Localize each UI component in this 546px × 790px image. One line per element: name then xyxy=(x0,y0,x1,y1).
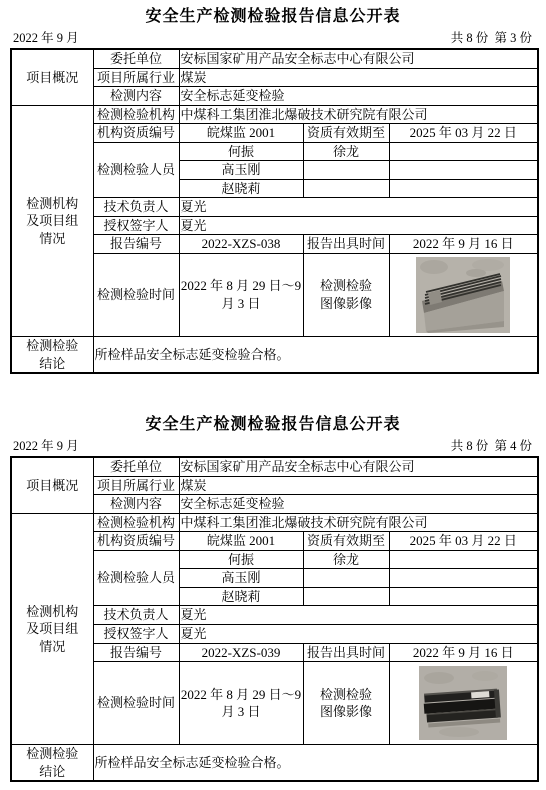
inspector-name: 赵晓莉 xyxy=(179,587,303,606)
photo-label: 检测检验 图像影像 xyxy=(303,662,389,745)
empty-cell xyxy=(389,161,538,180)
content-value: 安全标志延变检验 xyxy=(179,495,538,514)
conclusion-value: 所检样品安全标志延变检验合格。 xyxy=(93,337,538,374)
report-date-label: 报告出具时间 xyxy=(303,643,389,662)
client-label: 委托单位 xyxy=(93,49,179,68)
inspector-name: 赵晓莉 xyxy=(179,179,303,198)
test-time-value: 2022 年 8 月 29 日～9 月 3 日 xyxy=(179,254,303,337)
agency-value: 中煤科工集团淮北爆破技术研究院有限公司 xyxy=(179,513,538,532)
section-project-overview: 项目概况 xyxy=(11,457,93,513)
section-conclusion: 检测检验 结论 xyxy=(11,337,93,374)
specimen-photo-1 xyxy=(416,257,510,333)
test-time-label: 检测检验时间 xyxy=(93,662,179,745)
content-label: 检测内容 xyxy=(93,495,179,514)
inspectors-label: 检测检验人员 xyxy=(93,550,179,606)
section-project-overview: 项目概况 xyxy=(11,49,93,105)
content-label: 检测内容 xyxy=(93,87,179,106)
report-no-value: 2022-XZS-038 xyxy=(179,235,303,254)
valid-until-value: 2025 年 03 月 22 日 xyxy=(389,532,538,551)
agency-value: 中煤科工集团淮北爆破技术研究院有限公司 xyxy=(179,105,538,124)
industry-label: 项目所属行业 xyxy=(93,476,179,495)
photo-label: 检测检验 图像影像 xyxy=(303,254,389,337)
license-value: 皖煤监 2001 xyxy=(179,532,303,551)
tech-lead-label: 技术负责人 xyxy=(93,198,179,217)
valid-until-label: 资质有效期至 xyxy=(303,532,389,551)
inspector-name: 徐龙 xyxy=(303,550,389,569)
section-conclusion: 检测检验 结论 xyxy=(11,745,93,782)
conclusion-value: 所检样品安全标志延变检验合格。 xyxy=(93,745,538,782)
content-value: 安全标志延变检验 xyxy=(179,87,538,106)
tech-lead-label: 技术负责人 xyxy=(93,606,179,625)
meta-row: 2022 年 9 月 共 8 份 第 4 份 xyxy=(13,438,532,454)
section-agency-team: 检测机构 及项目组 情况 xyxy=(11,513,93,744)
license-value: 皖煤监 2001 xyxy=(179,124,303,143)
license-label: 机构资质编号 xyxy=(93,124,179,143)
inspector-name: 何振 xyxy=(179,142,303,161)
report-table: 项目概况 委托单位 安标国家矿用产品安全标志中心有限公司 项目所属行业 煤炭 检… xyxy=(10,456,539,782)
page-title: 安全生产检测检验报告信息公开表 xyxy=(0,6,546,28)
meta-row: 2022 年 9 月 共 8 份 第 3 份 xyxy=(13,30,532,46)
signer-label: 授权签字人 xyxy=(93,625,179,644)
client-value: 安标国家矿用产品安全标志中心有限公司 xyxy=(179,49,538,68)
industry-value: 煤炭 xyxy=(179,68,538,87)
tech-lead-value: 夏光 xyxy=(179,198,538,217)
empty-cell xyxy=(303,179,389,198)
client-label: 委托单位 xyxy=(93,457,179,476)
empty-cell xyxy=(389,569,538,588)
photo-cell xyxy=(389,662,538,745)
report-table: 项目概况 委托单位 安标国家矿用产品安全标志中心有限公司 项目所属行业 煤炭 检… xyxy=(10,48,539,374)
report-no-label: 报告编号 xyxy=(93,235,179,254)
valid-until-value: 2025 年 03 月 22 日 xyxy=(389,124,538,143)
empty-cell xyxy=(389,179,538,198)
report-date-value: 2022 年 9 月 16 日 xyxy=(389,643,538,662)
report-sheet-2: 安全生产检测检验报告信息公开表 2022 年 9 月 共 8 份 第 4 份 项… xyxy=(0,374,546,782)
empty-cell xyxy=(303,161,389,180)
signer-label: 授权签字人 xyxy=(93,216,179,235)
date-label: 2022 年 9 月 xyxy=(13,438,79,454)
report-no-value: 2022-XZS-039 xyxy=(179,643,303,662)
section-agency-team: 检测机构 及项目组 情况 xyxy=(11,105,93,336)
inspector-name: 高玉刚 xyxy=(179,569,303,588)
inspector-name: 何振 xyxy=(179,550,303,569)
report-date-value: 2022 年 9 月 16 日 xyxy=(389,235,538,254)
report-date-label: 报告出具时间 xyxy=(303,235,389,254)
signer-value: 夏光 xyxy=(179,625,538,644)
industry-label: 项目所属行业 xyxy=(93,68,179,87)
test-time-label: 检测检验时间 xyxy=(93,254,179,337)
agency-label: 检测检验机构 xyxy=(93,513,179,532)
inspector-name: 高玉刚 xyxy=(179,161,303,180)
license-label: 机构资质编号 xyxy=(93,532,179,551)
empty-cell xyxy=(389,142,538,161)
empty-cell xyxy=(389,550,538,569)
client-value: 安标国家矿用产品安全标志中心有限公司 xyxy=(179,457,538,476)
agency-label: 检测检验机构 xyxy=(93,105,179,124)
inspectors-label: 检测检验人员 xyxy=(93,142,179,198)
photo-cell xyxy=(389,254,538,337)
copies-label: 共 8 份 第 4 份 xyxy=(451,438,532,454)
report-no-label: 报告编号 xyxy=(93,643,179,662)
report-sheet-1: 安全生产检测检验报告信息公开表 2022 年 9 月 共 8 份 第 3 份 项… xyxy=(0,0,546,374)
copies-label: 共 8 份 第 3 份 xyxy=(451,30,532,46)
empty-cell xyxy=(303,587,389,606)
inspector-name: 徐龙 xyxy=(303,142,389,161)
tech-lead-value: 夏光 xyxy=(179,606,538,625)
test-time-value: 2022 年 8 月 29 日～9 月 3 日 xyxy=(179,662,303,745)
specimen-photo-2 xyxy=(419,666,507,740)
page-title: 安全生产检测检验报告信息公开表 xyxy=(0,414,546,436)
empty-cell xyxy=(303,569,389,588)
valid-until-label: 资质有效期至 xyxy=(303,124,389,143)
signer-value: 夏光 xyxy=(179,216,538,235)
empty-cell xyxy=(389,587,538,606)
industry-value: 煤炭 xyxy=(179,476,538,495)
date-label: 2022 年 9 月 xyxy=(13,30,79,46)
